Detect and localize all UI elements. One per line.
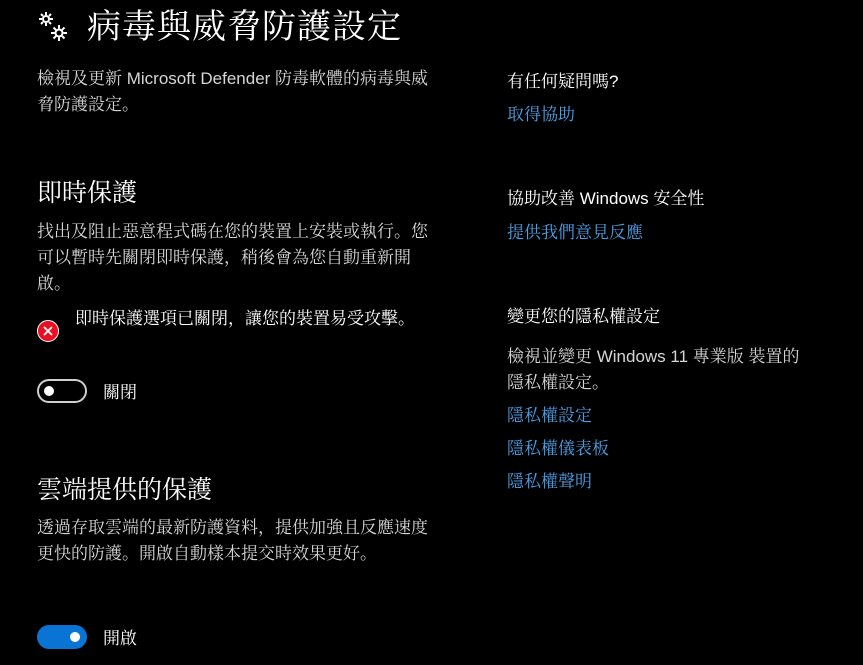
realtime-status: 即時保護選項已關閉，讓您的裝置易受攻擊。 xyxy=(37,306,420,342)
cloud-heading: 雲端提供的保護 xyxy=(37,474,212,506)
cloud-description: 透過存取雲端的最新防護資料，提供加強且反應速度更快的防護。開啟自動樣本提交時效果… xyxy=(37,515,442,567)
gears-icon xyxy=(37,10,69,44)
toggle-knob xyxy=(70,632,80,642)
cloud-toggle-row: 開啟 xyxy=(37,624,137,649)
error-circle-icon xyxy=(37,320,59,342)
realtime-toggle-row: 關閉 xyxy=(37,378,137,403)
realtime-description: 找出及阻止惡意程式碼在您的裝置上安裝或執行。您可以暫時先關閉即時保護，稍後會為您… xyxy=(37,219,437,297)
realtime-status-text: 即時保護選項已關閉，讓您的裝置易受攻擊。 xyxy=(75,306,420,342)
page-description: 檢視及更新 Microsoft Defender 防毒軟體的病毒與威脅防護設定。 xyxy=(37,66,442,118)
privacy-dashboard-link[interactable]: 隱私權儀表板 xyxy=(507,436,609,462)
realtime-heading: 即時保護 xyxy=(37,177,137,209)
privacy-description: 檢視並變更 Windows 11 專業版 裝置的隱私權設定。 xyxy=(507,344,812,396)
privacy-statement-link[interactable]: 隱私權聲明 xyxy=(507,469,592,495)
help-heading: 有任何疑問嗎? xyxy=(507,69,618,95)
feedback-heading: 協助改善 Windows 安全性 xyxy=(507,186,704,212)
page-header: 病毒與威脅防護設定 xyxy=(37,6,402,48)
page-title: 病毒與威脅防護設定 xyxy=(87,6,402,48)
realtime-toggle-label: 關閉 xyxy=(103,378,137,403)
get-help-link[interactable]: 取得協助 xyxy=(507,102,575,128)
cloud-protection-toggle[interactable] xyxy=(37,625,87,649)
privacy-settings-link[interactable]: 隱私權設定 xyxy=(507,403,592,429)
toggle-knob xyxy=(44,386,54,396)
privacy-heading: 變更您的隱私權設定 xyxy=(507,304,660,330)
give-feedback-link[interactable]: 提供我們意見反應 xyxy=(507,220,643,246)
realtime-protection-toggle[interactable] xyxy=(37,379,87,403)
cloud-toggle-label: 開啟 xyxy=(103,624,137,649)
